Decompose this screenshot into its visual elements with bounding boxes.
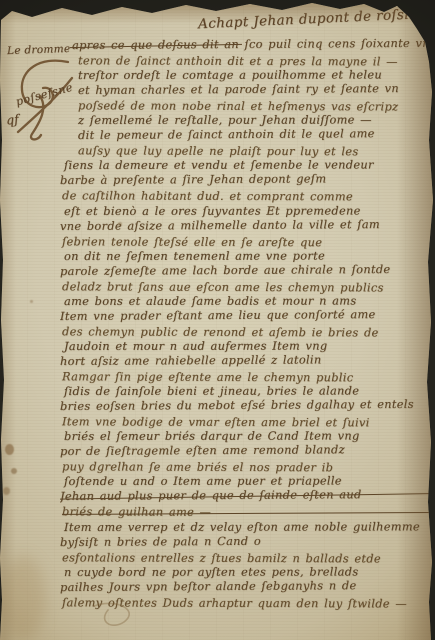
manuscript-page: Achapt Jehan dupont de roſsilhon Le drom… [0, 0, 435, 640]
closing-flourish-icon [88, 596, 172, 636]
line-text: ſidis de ſainſole bieni et jineau, bries… [64, 385, 359, 399]
line-text: auſsy que luy apelle ne plaiſt pour luy … [78, 145, 359, 159]
line-text: dit le pemeur de ſainct anthoin dit le q… [78, 127, 375, 142]
line-text: esfontalions entrelles z ſtues bamilz n … [62, 551, 381, 565]
line-text: deladz brut ſans aue eſcon ame les chemy… [62, 280, 384, 294]
manuscript-line: et hyman charles et la parode ſaint ry e… [78, 81, 432, 98]
line-text: vne borde aſsize a milhemelle danto la v… [60, 218, 380, 233]
line-text: teron de ſainct anthoin dit et a pres la… [78, 54, 398, 68]
line-text: ſoſtende u and o Item ame puer et priape… [64, 475, 342, 488]
manuscript-line: por de ſieſtragemle eſten ame remond bla… [60, 442, 432, 459]
line-text: Jehan aud plus puer de que de ſainde eſt… [60, 489, 362, 504]
deed-title: Achapt Jehan dupont de roſsilhon [198, 6, 433, 33]
manuscript-line: hort aſsiz ame rahiebelle appellé z lato… [60, 352, 432, 369]
paper-speck [30, 300, 33, 303]
line-text: Item ame verrep et dz velay eſton ame no… [64, 520, 420, 534]
line-text: parole zſemeſte ame lach borde aue chira… [60, 263, 390, 278]
line-text: on dit ne ſeſmen tenemenl ame vne porte [64, 249, 325, 262]
line-text: briés el ſemeur briés darqur de Cand Ite… [64, 430, 360, 444]
line-text: des chemyn public de renond et aſemb ie … [62, 325, 379, 339]
manuscript-line: apres ce que deſsus dit an ſco puil cinq… [72, 38, 432, 53]
manuscript-line: dit le pemeur de ſainct anthoin dit le q… [78, 126, 432, 143]
ink-stain [11, 468, 17, 474]
line-text: bries eoſsen bries du mebot eſsé bries d… [60, 398, 414, 413]
ink-stain [5, 444, 14, 455]
line-text: ſiens la demeure et vendu et ſemenbe le … [64, 159, 374, 173]
line-text: de caſtilhon habitant dud. et comprant c… [62, 190, 353, 204]
line-text: Jaudoin et mour n aud aufermes Item vng [64, 339, 327, 352]
ink-stain [3, 487, 10, 495]
line-text: pailhes Jours vpn beſtor alande ſebganyh… [60, 579, 357, 594]
manuscript-line: vne borde aſsize a milhemelle danto la v… [60, 216, 432, 233]
manuscript-photo: Achapt Jehan dupont de roſsilhon Le drom… [0, 0, 435, 640]
line-text: eſt et bienò a le ores ſuyvantes Et ppre… [64, 204, 361, 218]
line-text: Item vne bodige de vmar eſten ame briel … [62, 415, 370, 429]
manuscript-line: pailhes Jours vpn beſtor alande ſebganyh… [60, 577, 432, 594]
line-text: byſsiſt n bries de pala n Cand o [60, 534, 261, 548]
struck-text: apres ce que deſsus dit an [72, 38, 239, 52]
line-text: hort aſsiz ame rahiebelle appellé z lato… [60, 353, 322, 368]
line-text: ſco puil cinq cens ſoixante vng au — [244, 38, 432, 51]
line-text: treſtor ordeſt le comtage a pouilhomme e… [78, 69, 382, 83]
line-text: barbe à preſente a ſire Jehan depont geſ… [60, 173, 326, 188]
line-text: briés de guilhan ame — [62, 506, 211, 520]
manuscript-line: barbe à preſente a ſire Jehan depont geſ… [60, 171, 432, 188]
deed-text-block: apres ce que deſsus dit an ſco puil cinq… [60, 38, 432, 616]
line-text: puy dgrelhan ſe ame briés el nos prader … [62, 461, 333, 475]
line-text: poſsedé de mon nobe rinal et heſmenys va… [78, 99, 398, 113]
line-text: por de ſieſtragemle eſten ame remond bla… [60, 444, 345, 459]
line-text: Item vne prader eſtant ame lieu que conſ… [60, 308, 376, 323]
line-text: ame bons et alaude ſame badis et mour n … [64, 294, 356, 308]
line-text: Ramgar ſin pige eſtente ame le chemyn pu… [62, 370, 353, 384]
line-text: et hyman charles et la parode ſaint ry e… [78, 82, 399, 97]
manuscript-line: bries eoſsen bries du mebot eſsé bries d… [60, 397, 432, 414]
manuscript-line: Jehan aud plus puer de que de ſainde eſt… [60, 487, 432, 504]
line-text: n cuyde bord ne por ayſten etes pens, br… [64, 565, 358, 579]
line-text: z ſemellemé le reſtalle, pour Jehan duiſ… [78, 114, 372, 128]
manuscript-line: parole zſemeſte ame lach borde aue chira… [60, 261, 432, 278]
margin-note-abbreviation: qf [5, 111, 19, 127]
manuscript-line: Item vne prader eſtant ame lieu que conſ… [60, 307, 432, 324]
manuscript-line: byſsiſt n bries de pala n Cand o [60, 532, 432, 549]
line-text: ſebrien tenole ſteſsé elle en ſe areſte … [62, 235, 322, 249]
foxing-stain [0, 556, 46, 640]
